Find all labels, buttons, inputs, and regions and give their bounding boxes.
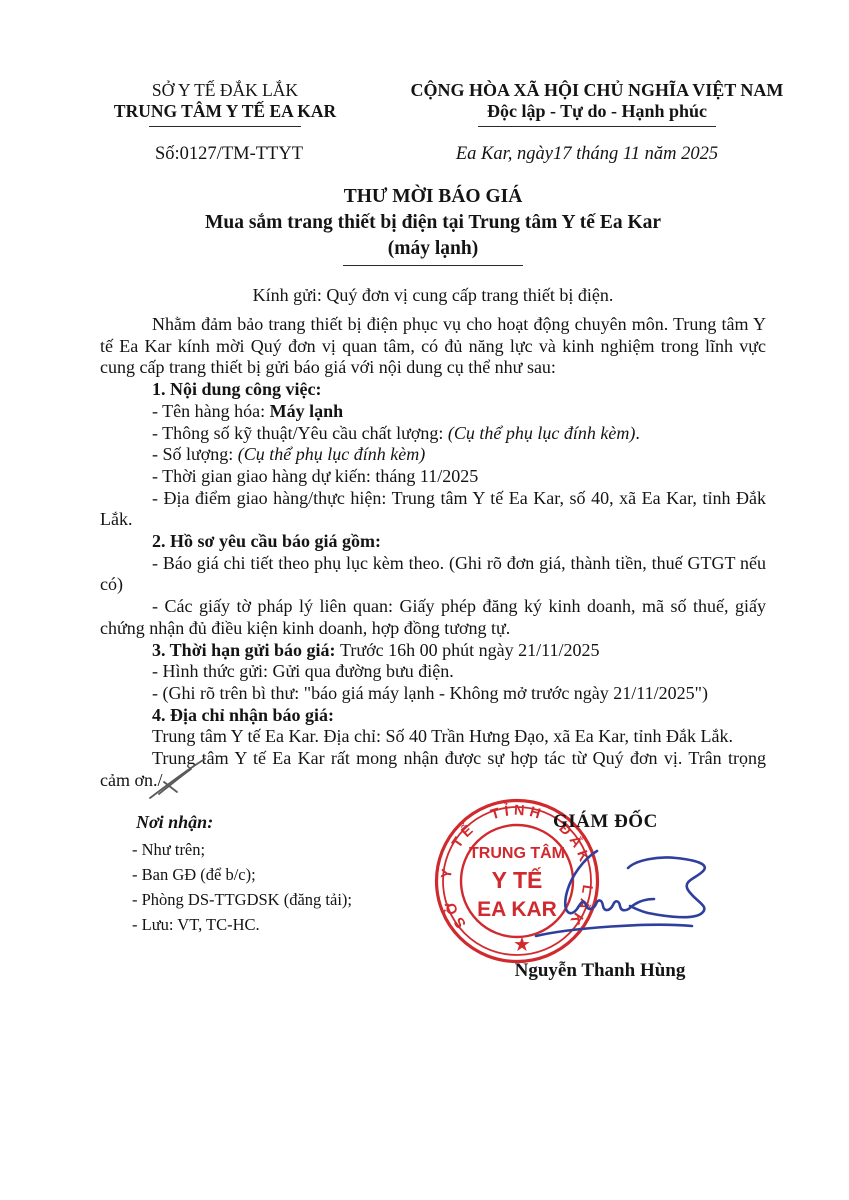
- deadline-value: Trước 16h 00 phút ngày 21/11/2025: [340, 640, 599, 660]
- director-signature: [536, 851, 705, 936]
- title-block: THƯ MỜI BÁO GIÁ Mua sắm trang thiết bị đ…: [100, 184, 766, 266]
- header-left-divider: [149, 126, 301, 127]
- document-title: THƯ MỜI BÁO GIÁ: [100, 184, 766, 210]
- signer-name: Nguyễn Thanh Hùng: [430, 960, 770, 982]
- goods-value: Máy lạnh: [270, 401, 344, 421]
- seal-star-icon: ★: [513, 934, 531, 956]
- title-divider: [343, 265, 523, 266]
- seal-center-line1: TRUNG TÂM: [469, 843, 565, 862]
- recipient-item: - Như trên;: [132, 837, 432, 862]
- document-item: (máy lạnh): [100, 236, 766, 262]
- specs-value: (Cụ thể phụ lục đính kèm): [448, 423, 635, 443]
- salutation: Kính gửi: Quý đơn vị cung cấp trang thiế…: [100, 285, 766, 306]
- specs-suffix: .: [635, 423, 640, 443]
- seal-center-line3: EA KAR: [477, 898, 557, 921]
- header-right-block: CỘNG HÒA XÃ HỘI CHỦ NGHĨA VIỆT NAM Độc l…: [396, 80, 798, 127]
- section3-heading-text: 3. Thời hạn gửi báo giá:: [152, 640, 340, 660]
- issuing-organization: TRUNG TÂM Y TẾ EA KAR: [95, 101, 355, 122]
- national-title: CỘNG HÒA XÃ HỘI CHỦ NGHĨA VIỆT NAM: [396, 80, 798, 101]
- recipient-item: - Lưu: VT, TC-HC.: [132, 912, 432, 937]
- recipient-item: - Ban GĐ (để b/c);: [132, 862, 432, 887]
- header-right-divider: [478, 126, 716, 127]
- seal-center-line2: Y TẾ: [492, 866, 543, 893]
- section3-heading: 3. Thời hạn gửi báo giá: Trước 16h 00 ph…: [100, 640, 766, 662]
- section3-item-envelope-note: - (Ghi rõ trên bì thư: "báo giá máy lạnh…: [100, 683, 766, 705]
- document-subject: Mua sắm trang thiết bị điện tại Trung tâ…: [100, 210, 766, 236]
- closing-paragraph: Trung tâm Y tế Ea Kar rất mong nhận được…: [100, 748, 766, 791]
- section4-heading: 4. Địa chỉ nhận báo giá:: [100, 705, 766, 727]
- section1-heading: 1. Nội dung công việc:: [100, 379, 766, 401]
- specs-label: - Thông số kỹ thuật/Yêu cầu chất lượng:: [152, 423, 448, 443]
- recipients-heading: Nơi nhận:: [136, 812, 432, 833]
- section1-item-delivery-time: - Thời gian giao hàng dự kiến: tháng 11/…: [100, 466, 766, 488]
- header-left-block: SỞ Y TẾ ĐẮK LẮK TRUNG TÂM Y TẾ EA KAR: [95, 80, 355, 127]
- issuing-department: SỞ Y TẾ ĐẮK LẮK: [95, 80, 355, 101]
- section1-item-quantity: - Số lượng: (Cụ thể phụ lục đính kèm): [100, 444, 766, 466]
- national-motto: Độc lập - Tự do - Hạnh phúc: [396, 101, 798, 122]
- section1-item-goods: - Tên hàng hóa: Máy lạnh: [100, 401, 766, 423]
- section1-item-delivery-place: - Địa điểm giao hàng/thực hiện: Trung tâ…: [100, 488, 766, 531]
- section1-heading-text: 1. Nội dung công việc:: [152, 379, 322, 399]
- recipients-block: Nơi nhận: - Như trên; - Ban GĐ (để b/c);…: [132, 812, 432, 937]
- section3-item-send-method: - Hình thức gửi: Gửi qua đường bưu điện.: [100, 661, 766, 683]
- signer-title: GIÁM ĐỐC: [553, 811, 658, 833]
- intro-paragraph: Nhằm đảm bảo trang thiết bị điện phục vụ…: [100, 314, 766, 379]
- recipient-item: - Phòng DS-TTGDSK (đăng tải);: [132, 887, 432, 912]
- quantity-label: - Số lượng:: [152, 444, 238, 464]
- letter-body: Nhằm đảm bảo trang thiết bị điện phục vụ…: [100, 314, 766, 791]
- section4-heading-text: 4. Địa chỉ nhận báo giá:: [152, 705, 334, 725]
- section4-item-address: Trung tâm Y tế Ea Kar. Địa chỉ: Số 40 Tr…: [100, 726, 766, 748]
- section2-heading-text: 2. Hồ sơ yêu cầu báo giá gồm:: [152, 531, 381, 551]
- goods-label: - Tên hàng hóa:: [152, 401, 270, 421]
- section2-item-quote-detail: - Báo giá chi tiết theo phụ lục kèm theo…: [100, 553, 766, 596]
- document-number: Số:0127/TM-TTYT: [155, 144, 303, 165]
- document-page: SỞ Y TẾ ĐẮK LẮK TRUNG TÂM Y TẾ EA KAR CỘ…: [0, 0, 849, 1200]
- quantity-value: (Cụ thể phụ lục đính kèm): [238, 444, 425, 464]
- place-date-line: Ea Kar, ngày17 tháng 11 năm 2025: [392, 144, 782, 165]
- section2-item-legal-docs: - Các giấy tờ pháp lý liên quan: Giấy ph…: [100, 596, 766, 639]
- section2-heading: 2. Hồ sơ yêu cầu báo giá gồm:: [100, 531, 766, 553]
- section1-item-specs: - Thông số kỹ thuật/Yêu cầu chất lượng: …: [100, 423, 766, 445]
